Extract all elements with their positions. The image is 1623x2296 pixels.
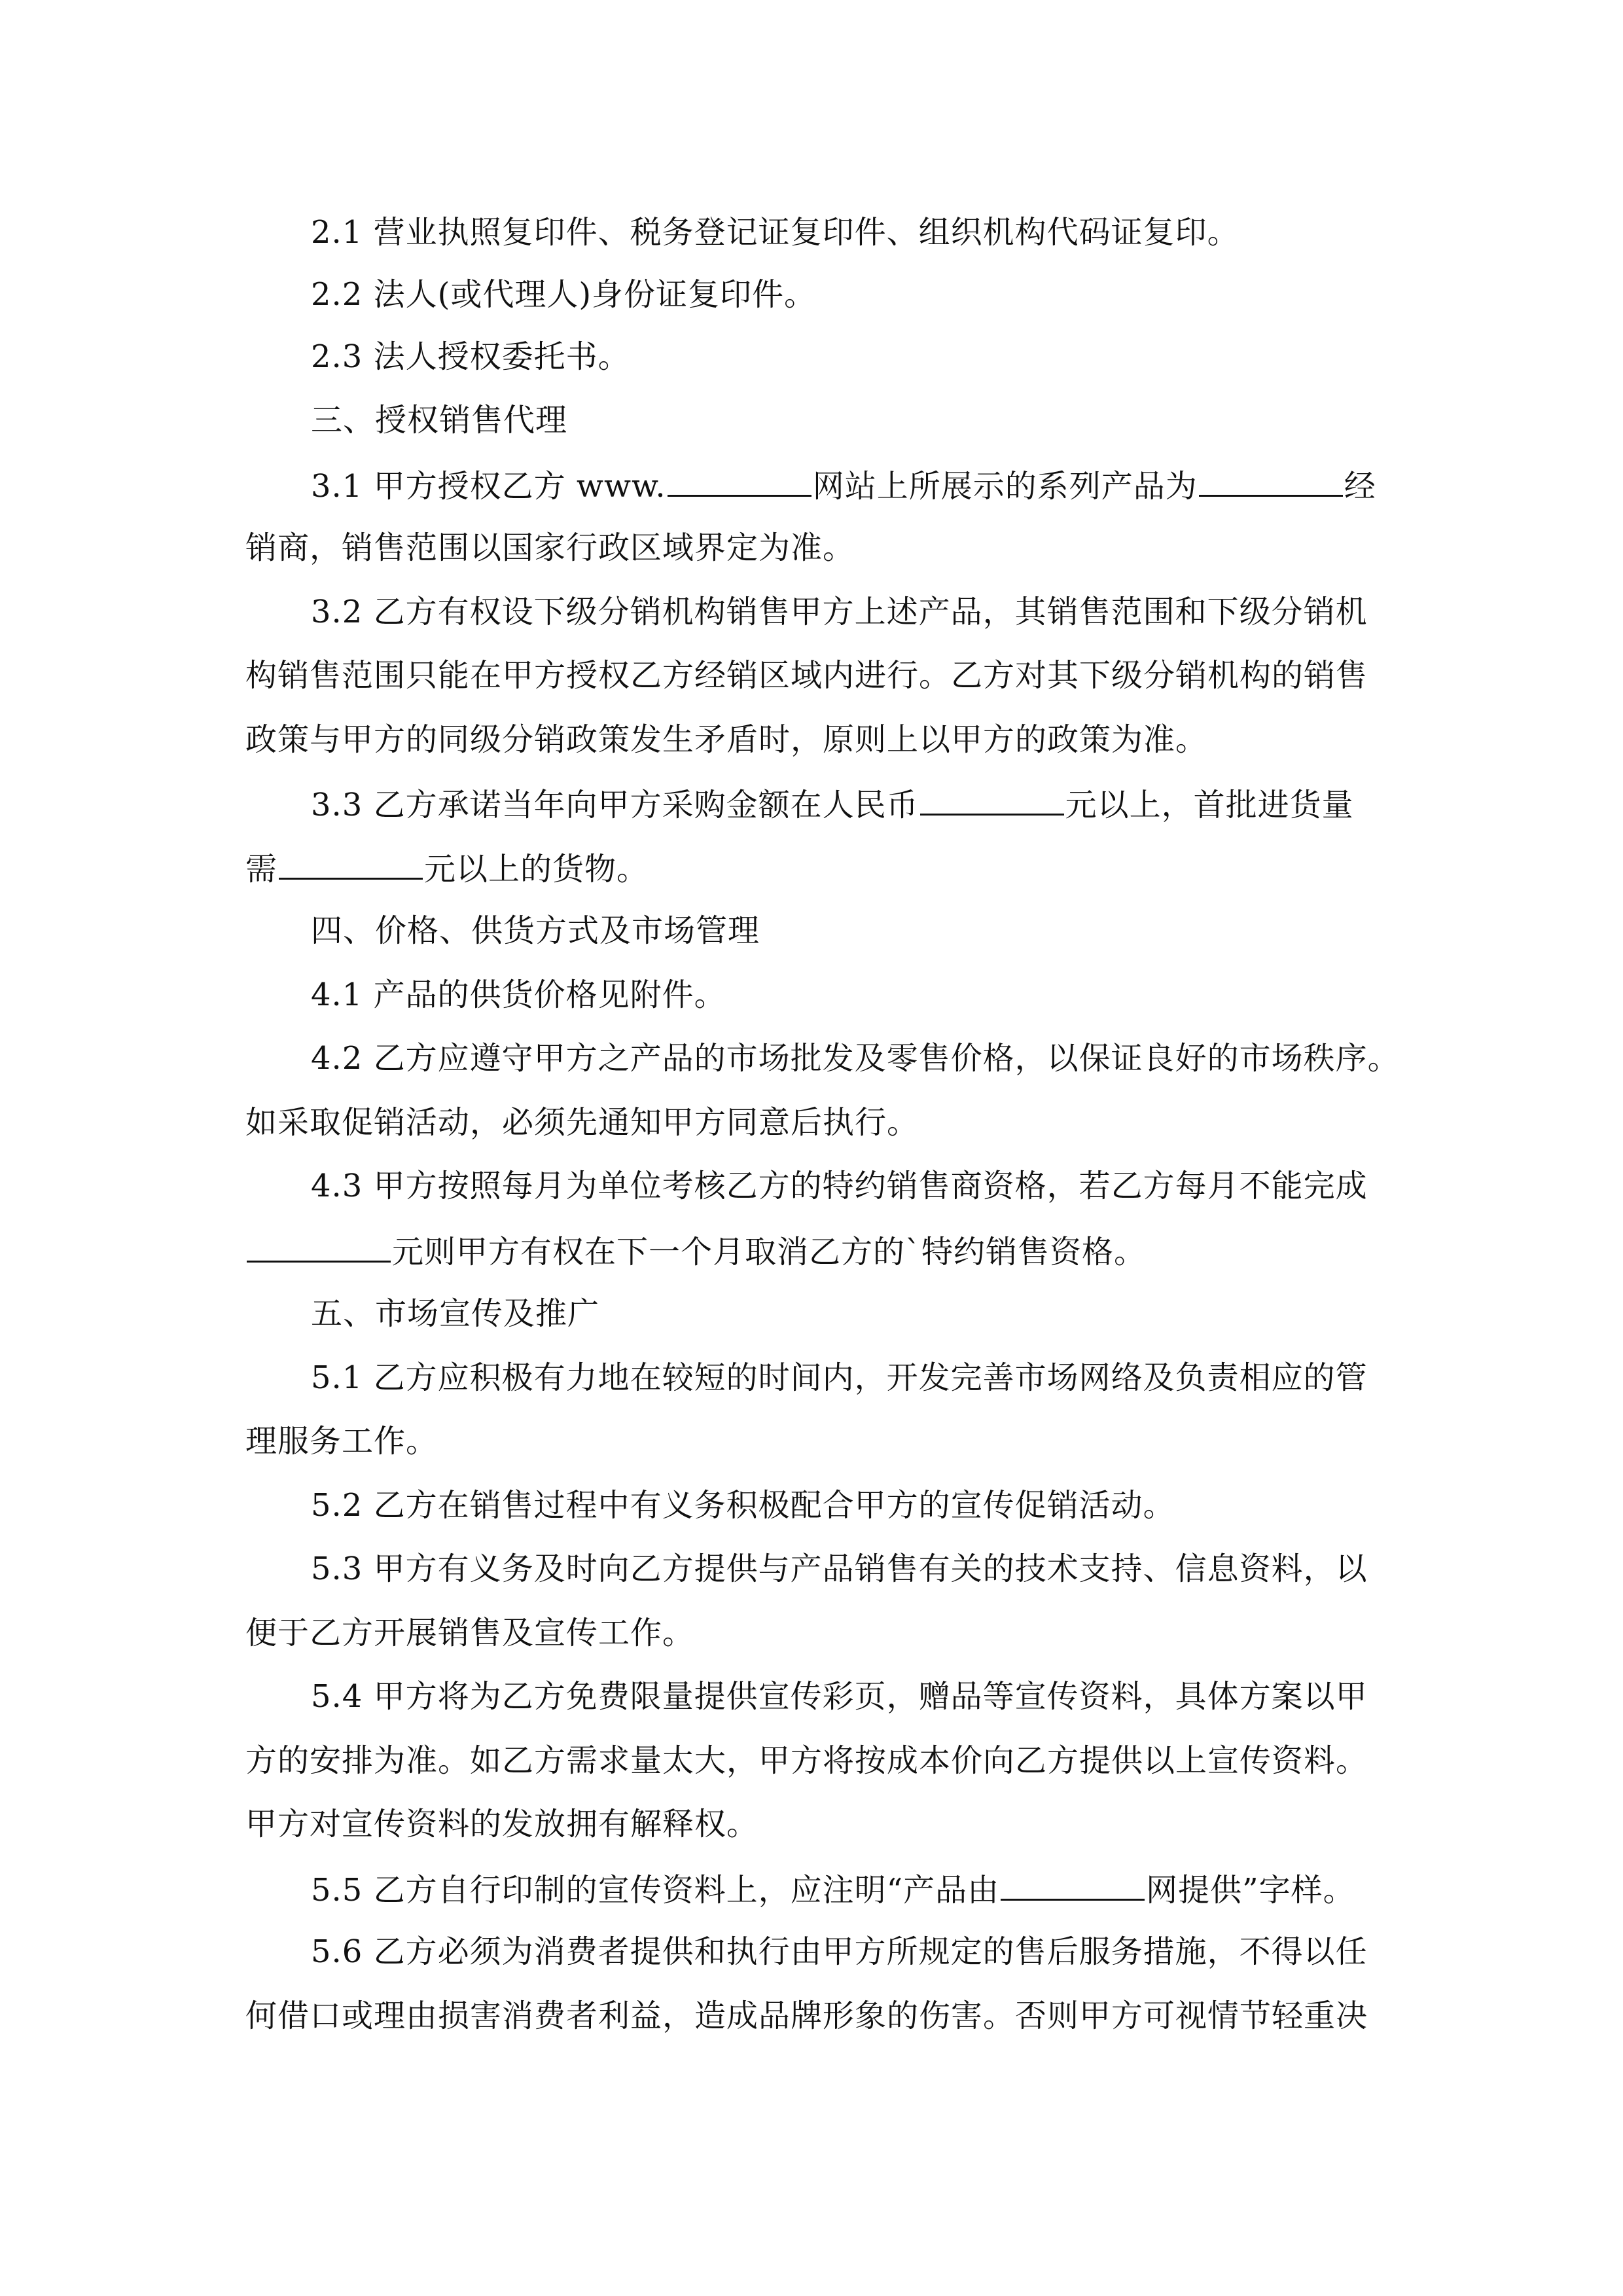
text: 5.2 乙方在销售过程中有义务积极配合甲方的宣传促销活动。: [311, 1487, 1175, 1524]
document-page: 2.1 营业执照复印件、税务登记证复印件、组织机构代码证复印。 2.2 法人(或…: [0, 0, 1623, 2296]
text: 经: [1344, 468, 1376, 505]
clause-5-1: 5.1 乙方应积极有力地在较短的时间内，开发完善市场网络及负责相应的管: [311, 1358, 1368, 1397]
clause-5-3-cont: 便于乙方开展销售及宣传工作。: [245, 1613, 694, 1653]
fill-blank: [920, 783, 1064, 816]
clause-5-4-cont: 方的安排为准。如乙方需求量太大，甲方将按成本价向乙方提供以上宣传资料。: [245, 1741, 1368, 1780]
clause-3-3-cont: 需元以上的货物。: [245, 848, 649, 889]
text: 构销售范围只能在甲方授权乙方经销区域内进行。乙方对其下级分销机构的销售: [245, 657, 1368, 694]
text: 三、授权销售代理: [311, 402, 567, 439]
text: 3.1 甲方授权乙方 www.: [311, 468, 666, 505]
text: 4.3 甲方按照每月为单位考核乙方的特约销售商资格，若乙方每月不能完成: [311, 1168, 1368, 1204]
text: 四、价格、供货方式及市场管理: [311, 912, 760, 949]
clause-3-1: 3.1 甲方授权乙方 www.网站上所展示的系列产品为经: [311, 465, 1376, 506]
text: 如采取促销活动，必须先通知甲方同意后执行。: [245, 1104, 919, 1141]
clause-4-2-cont: 如采取促销活动，必须先通知甲方同意后执行。: [245, 1103, 919, 1142]
text: 元以上的货物。: [424, 851, 649, 888]
text: 网站上所展示的系列产品为: [813, 468, 1198, 505]
clause-4-3-cont: 元则甲方有权在下一个月取消乙方的`特约销售资格。: [245, 1230, 1146, 1272]
text: 5.6 乙方必须为消费者提供和执行由甲方所规定的售后服务措施，不得以任: [311, 1933, 1368, 1970]
fill-blank: [1199, 465, 1343, 497]
text: 网提供”字样。: [1146, 1872, 1355, 1909]
text: 销商，销售范围以国家行政区域界定为准。: [245, 529, 855, 566]
text: 4.2 乙方应遵守甲方之产品的市场批发及零售价格，以保证良好的市场秩序。: [311, 1040, 1400, 1077]
clause-4-1: 4.1 产品的供货价格见附件。: [311, 975, 726, 1014]
clause-3-1-cont: 销商，销售范围以国家行政区域界定为准。: [245, 528, 855, 567]
clause-5-6: 5.6 乙方必须为消费者提供和执行由甲方所规定的售后服务措施，不得以任: [311, 1932, 1368, 1971]
clause-5-1-cont: 理服务工作。: [245, 1422, 438, 1461]
clause-5-4: 5.4 甲方将为乙方免费限量提供宣传彩页，赠品等宣传资料，具体方案以甲: [311, 1677, 1368, 1716]
clause-4-2: 4.2 乙方应遵守甲方之产品的市场批发及零售价格，以保证良好的市场秩序。: [311, 1039, 1400, 1078]
fill-blank: [279, 848, 423, 880]
text: 5.1 乙方应积极有力地在较短的时间内，开发完善市场网络及负责相应的管: [311, 1359, 1368, 1396]
text: 元以上，首批进货量: [1065, 787, 1354, 823]
clause-5-6-cont: 何借口或理由损害消费者利益，造成品牌形象的伤害。否则甲方可视情节轻重决: [245, 1996, 1368, 2036]
section-heading-3: 三、授权销售代理: [311, 401, 567, 440]
text: 2.3 法人授权委托书。: [311, 338, 630, 375]
text: 政策与甲方的同级分销政策发生矛盾时，原则上以甲方的政策为准。: [245, 721, 1207, 758]
text: 需: [245, 851, 277, 888]
text: 2.2 法人(或代理人)身份证复印件。: [311, 276, 816, 313]
clause-5-5: 5.5 乙方自行印制的宣传资料上，应注明“产品由网提供”字样。: [311, 1869, 1355, 1910]
clause-3-3: 3.3 乙方承诺当年向甲方采购金额在人民币元以上，首批进货量: [311, 783, 1354, 825]
text: 元则甲方有权在下一个月取消乙方的`特约销售资格。: [392, 1234, 1146, 1270]
clause-2-3: 2.3 法人授权委托书。: [311, 337, 630, 376]
text: 甲方对宣传资料的发放拥有解释权。: [245, 1806, 758, 1842]
text: 3.3 乙方承诺当年向甲方采购金额在人民币: [311, 787, 919, 823]
fill-blank: [668, 465, 811, 497]
text: 4.1 产品的供货价格见附件。: [311, 977, 726, 1013]
text: 2.1 营业执照复印件、税务登记证复印件、组织机构代码证复印。: [311, 214, 1240, 251]
clause-2-2: 2.2 法人(或代理人)身份证复印件。: [311, 275, 816, 314]
clause-5-2: 5.2 乙方在销售过程中有义务积极配合甲方的宣传促销活动。: [311, 1486, 1175, 1525]
fill-blank: [247, 1230, 391, 1263]
text: 5.4 甲方将为乙方免费限量提供宣传彩页，赠品等宣传资料，具体方案以甲: [311, 1678, 1368, 1715]
clause-5-4-cont2: 甲方对宣传资料的发放拥有解释权。: [245, 1804, 758, 1844]
clause-4-3: 4.3 甲方按照每月为单位考核乙方的特约销售商资格，若乙方每月不能完成: [311, 1166, 1368, 1206]
clause-3-2-cont: 构销售范围只能在甲方授权乙方经销区域内进行。乙方对其下级分销机构的销售: [245, 656, 1368, 695]
text: 五、市场宣传及推广: [311, 1295, 599, 1332]
text: 5.3 甲方有义务及时向乙方提供与产品销售有关的技术支持、信息资料，以: [311, 1551, 1368, 1587]
section-heading-5: 五、市场宣传及推广: [311, 1294, 599, 1333]
clause-3-2-cont2: 政策与甲方的同级分销政策发生矛盾时，原则上以甲方的政策为准。: [245, 720, 1207, 759]
text: 5.5 乙方自行印制的宣传资料上，应注明“产品由: [311, 1872, 999, 1909]
text: 方的安排为准。如乙方需求量太大，甲方将按成本价向乙方提供以上宣传资料。: [245, 1742, 1368, 1779]
text: 3.2 乙方有权设下级分销机构销售甲方上述产品，其销售范围和下级分销机: [311, 594, 1368, 630]
clause-2-1: 2.1 营业执照复印件、税务登记证复印件、组织机构代码证复印。: [311, 213, 1240, 252]
text: 何借口或理由损害消费者利益，造成品牌形象的伤害。否则甲方可视情节轻重决: [245, 1998, 1368, 2034]
text: 便于乙方开展销售及宣传工作。: [245, 1615, 694, 1651]
text: 理服务工作。: [245, 1423, 438, 1460]
clause-5-3: 5.3 甲方有义务及时向乙方提供与产品销售有关的技术支持、信息资料，以: [311, 1549, 1368, 1588]
clause-3-2: 3.2 乙方有权设下级分销机构销售甲方上述产品，其销售范围和下级分销机: [311, 592, 1368, 632]
section-heading-4: 四、价格、供货方式及市场管理: [311, 911, 760, 950]
fill-blank: [1001, 1869, 1145, 1901]
